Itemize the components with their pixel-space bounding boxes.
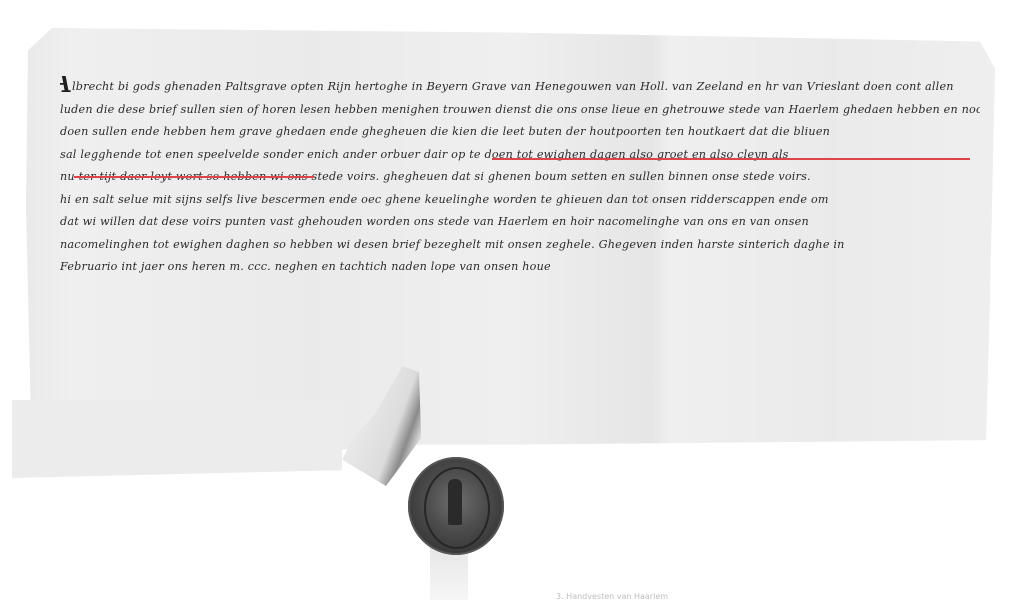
charter-line-8: nacomelinghen tot ewighen daghen so hebb… (60, 234, 980, 257)
charter-line-6: hi en salt selue mit sijns selfs live be… (60, 189, 980, 212)
charter-line-3: doen sullen ende hebben hem grave ghedae… (60, 121, 980, 144)
charter-line-9: Februario int jaer ons heren m. ccc. neg… (60, 256, 980, 279)
charter-line-4: sal legghende tot enen speelvelde sonder… (60, 144, 980, 167)
red-underline-line-4 (74, 176, 314, 178)
red-underline-line-3 (492, 158, 970, 160)
decorated-initial: A (60, 76, 73, 92)
charter-line-1: A lbrecht bi gods ghenaden Paltsgrave op… (60, 76, 980, 99)
caption-center: 3. Handvesten van Haarlem (556, 592, 668, 601)
charter-line-2: luden die dese brief sullen sien of hore… (60, 99, 980, 122)
wax-seal (408, 457, 504, 555)
charter-line-7: dat wi willen dat dese voirs punten vast… (60, 211, 980, 234)
parchment-lower-fold (12, 400, 342, 478)
seal-figure-icon (448, 479, 462, 525)
